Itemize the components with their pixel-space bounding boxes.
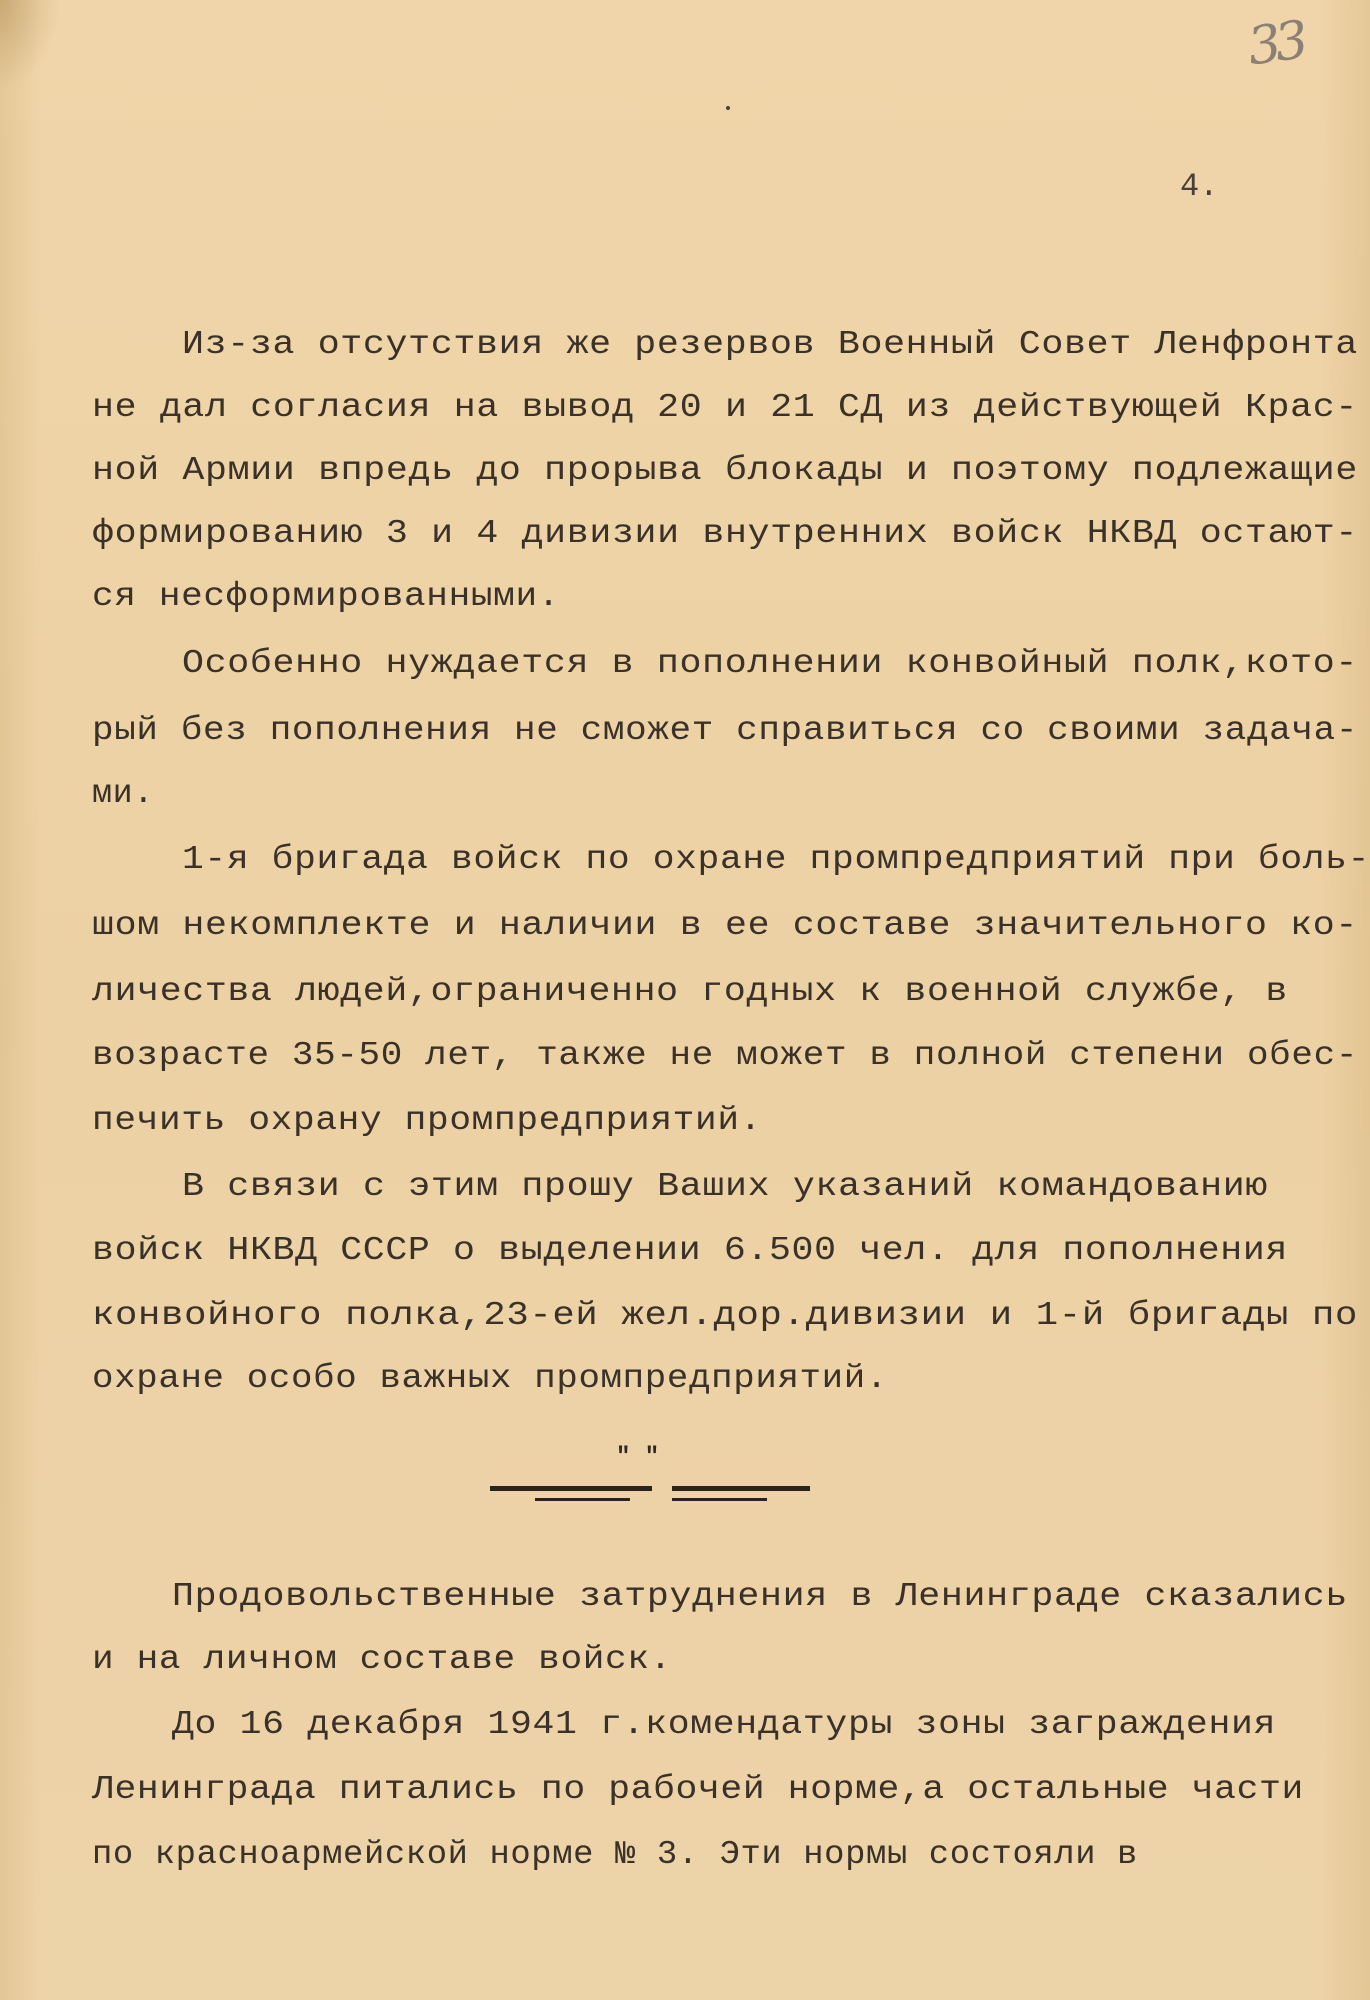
paragraph-6-line-1: До 16 декабря 1941 г.комендатуры зоны за…	[172, 1705, 1276, 1745]
separator-rule-right-under	[672, 1498, 767, 1501]
paragraph-3-line-2: шом некомплекте и наличии в ее составе з…	[92, 906, 1358, 946]
paragraph-6-line-3: по красноармейской норме № 3. Эти нормы …	[92, 1835, 1138, 1875]
separator-quote-marks: " "	[616, 1444, 659, 1471]
paragraph-2-line-1: Особенно нуждается в пополнении конвойны…	[182, 644, 1358, 684]
paragraph-1-line-5: ся несформированными.	[92, 577, 560, 617]
separator-rule-right	[672, 1486, 810, 1491]
paragraph-1-line-3: ной Армии впредь до прорыва блокады и по…	[92, 451, 1358, 491]
paragraph-3-line-5: печить охрану промпредприятий.	[92, 1101, 762, 1141]
paragraph-5-line-1: Продовольственные затруднения в Ленингра…	[172, 1577, 1348, 1617]
paragraph-4-line-2: войск НКВД СССР о выделении 6.500 чел. д…	[92, 1231, 1288, 1271]
paragraph-5-line-2: и на личном составе войск.	[92, 1640, 672, 1680]
paragraph-3-line-1: 1-я бригада войск по охране промпредприя…	[182, 840, 1370, 880]
paragraph-3-line-4: возрасте 35-50 лет, также не может в пол…	[92, 1036, 1358, 1076]
paragraph-3-line-3: личества людей,ограниченно годных к воен…	[92, 972, 1288, 1012]
paragraph-6-line-2: Ленинграда питались по рабочей норме,а о…	[92, 1770, 1304, 1810]
page-number: 4.	[1180, 168, 1218, 205]
paragraph-2-line-3: ми.	[92, 774, 154, 814]
separator-rule-left-under	[535, 1498, 630, 1501]
separator-rule-left	[490, 1486, 652, 1491]
paragraph-4-line-3: конвойного полка,23-ей жел.дор.дивизии и…	[92, 1296, 1358, 1336]
archive-folio-number: 33	[1244, 11, 1306, 78]
paragraph-2-line-2: рый без пополнения не сможет справиться …	[92, 711, 1358, 751]
paragraph-1-line-4: формированию 3 и 4 дивизии внутренних во…	[92, 514, 1358, 554]
document-page: 33 4. Из-за отсутствия же резервов Военн…	[0, 0, 1370, 2000]
paragraph-1-line-2: не дал согласия на вывод 20 и 21 СД из д…	[92, 388, 1358, 428]
paragraph-4-line-1: В связи с этим прошу Ваших указаний кома…	[182, 1167, 1268, 1207]
paragraph-1-line-1: Из-за отсутствия же резервов Военный Сов…	[182, 325, 1358, 365]
ink-speck	[726, 106, 730, 110]
paragraph-4-line-4: охране особо важных промпредприятий.	[92, 1359, 888, 1399]
